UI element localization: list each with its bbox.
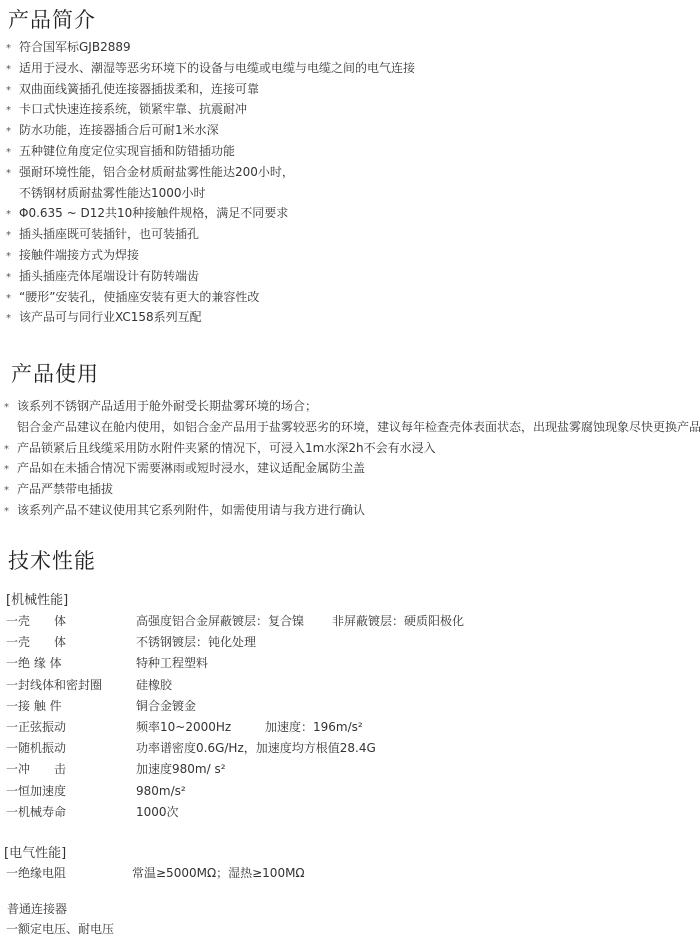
bullet-star-icon: * — [4, 440, 17, 461]
list-item: *插头插座既可装插针，也可装插孔 — [6, 224, 415, 245]
list-item: *“腰形”安装孔，使插座安装有更大的兼容性改 — [6, 287, 415, 308]
bullet-star-icon: * — [6, 289, 19, 310]
list-item: *产品锁紧后且线缆采用防水附件夹紧的情况下，可浸入1m水深2h不会有水浸入 — [4, 438, 700, 459]
spec-row: 一额定电压、耐电压 — [6, 920, 114, 937]
list-item: *该系列不锈钢产品适用于舱外耐受长期盐雾环境的场合； — [4, 396, 700, 417]
bullet-star-icon: * — [6, 268, 19, 289]
spec-value: 常温≥5000MΩ；湿热≥100MΩ — [132, 864, 305, 881]
list-item: *插头插座壳体尾端设计有防转端齿 — [6, 266, 415, 287]
bullet-star-icon: * — [4, 398, 17, 419]
list-item-continuation: 不锈钢材质耐盐雾性能达1000小时 — [6, 183, 415, 204]
mechanical-heading: [机械性能] — [6, 589, 68, 608]
list-item: *防水功能，连接器插合后可耐1米水深 — [6, 120, 415, 141]
section-title-tech: 技术性能 — [8, 545, 96, 575]
list-item: *卡口式快速连接系统，锁紧牢靠、抗震耐冲 — [6, 99, 415, 120]
list-item: *五种键位角度定位实现盲插和防错插功能 — [6, 141, 415, 162]
section-title-usage: 产品使用 — [11, 358, 99, 388]
electrical-heading: [电气性能] — [4, 842, 66, 861]
list-item: *符合国军标GJB2889 — [6, 37, 415, 58]
list-item: *Φ0.635 ~ D12共10种接触件规格，满足不同要求 — [6, 203, 415, 224]
bullet-star-icon: * — [6, 39, 19, 60]
normal-connector-heading: 普通连接器 — [7, 900, 67, 917]
bullet-star-icon: * — [6, 143, 19, 164]
bullet-star-icon: * — [6, 205, 19, 226]
bullet-star-icon: * — [6, 164, 19, 185]
list-item: *产品如在未插合情况下需要淋雨或短时浸水，建议适配金属防尘盖 — [4, 458, 700, 479]
bullet-star-icon: * — [6, 309, 19, 330]
list-item: *双曲面线簧插孔使连接器插拔柔和，连接可靠 — [6, 79, 415, 100]
bullet-star-icon: * — [6, 81, 19, 102]
spec-row: 一绝缘电阻 — [6, 864, 66, 881]
intro-list: *符合国军标GJB2889 *适用于浸水、潮湿等恶劣环境下的设备与电缆或电缆与电… — [6, 37, 415, 328]
usage-list: *该系列不锈钢产品适用于舱外耐受长期盐雾环境的场合； 铝合金产品建议在舱内使用，… — [4, 396, 700, 521]
list-item: *该产品可与同行业XC158系列互配 — [6, 307, 415, 328]
list-item: *强耐环境性能，铝合金材质耐盐雾性能达200小时， — [6, 162, 415, 183]
list-item-continuation: 铝合金产品建议在舱内使用，如铝合金产品用于盐雾较恶劣的环境，建议每年检查壳体表面… — [4, 417, 700, 438]
bullet-star-icon: * — [6, 226, 19, 247]
bullet-star-icon: * — [6, 60, 19, 81]
list-item: *接触件端接方式为焊接 — [6, 245, 415, 266]
list-item: *适用于浸水、潮湿等恶劣环境下的设备与电缆或电缆与电缆之间的电气连接 — [6, 58, 415, 79]
bullet-star-icon: * — [4, 481, 17, 502]
bullet-star-icon: * — [6, 122, 19, 143]
section-title-intro: 产品简介 — [8, 4, 96, 34]
list-item: *产品严禁带电插拔 — [4, 479, 700, 500]
bullet-star-icon: * — [6, 101, 19, 122]
bullet-star-icon: * — [4, 502, 17, 523]
bullet-star-icon: * — [4, 460, 17, 481]
list-item: *该系列产品不建议使用其它系列附件，如需使用请与我方进行确认 — [4, 500, 700, 521]
bullet-star-icon: * — [6, 247, 19, 268]
